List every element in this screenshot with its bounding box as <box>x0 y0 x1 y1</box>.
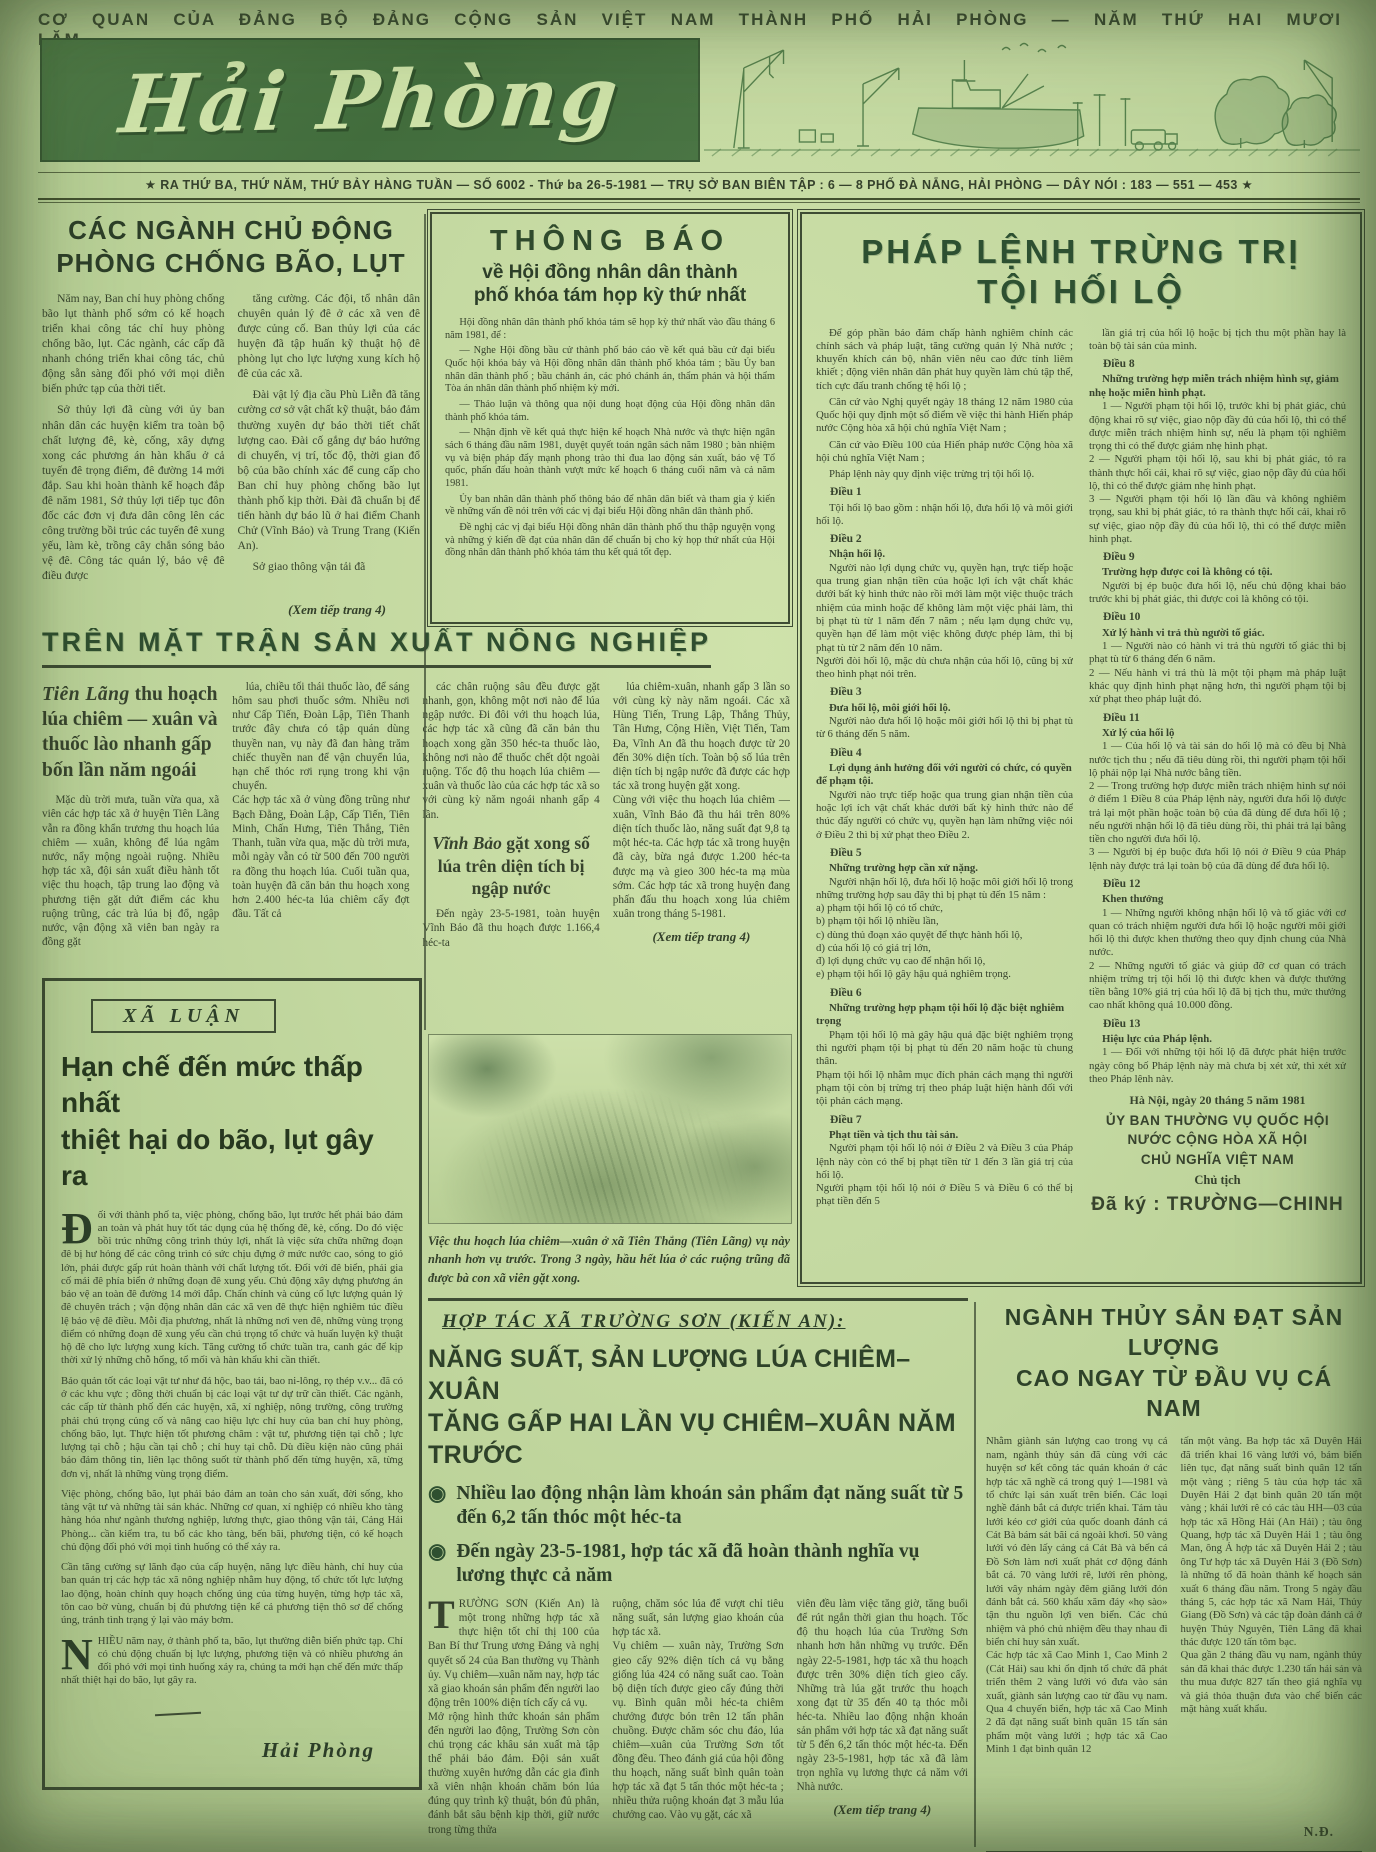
truongson-continuation-note: (Xem tiếp trang 4) <box>797 1802 968 1818</box>
harbor-illustration <box>704 38 1360 160</box>
law-article-text: Người nào đưa hối lộ hoặc môi giới hối l… <box>816 715 1073 742</box>
law-article-text: Pháp lệnh này quy định việc trừng trị tộ… <box>816 468 1073 481</box>
truongson-bullet-text: Đến ngày 23-5-1981, hợp tác xã đã hoàn t… <box>456 1540 968 1589</box>
nongnghiep-col-3: các chân ruộng sâu đều được gặt nhanh, g… <box>423 680 600 956</box>
nongnghiep-col-1: Tiên Lãng thu hoạch lúa chiêm — xuân và … <box>42 680 219 956</box>
law-article-heading: Trường hợp được coi là không có tội. <box>1089 566 1346 579</box>
thuysan-col-2: tấn một vàng. Ba hợp tác xã Duyên Hải đã… <box>1181 1435 1363 1815</box>
dateline: ★ RA THỨ BA, THỨ NĂM, THỨ BẢY HÀNG TUẦN … <box>38 175 1360 196</box>
law-article-number: Điều 7 <box>830 1112 1073 1129</box>
thuysan-col-1: Nhằm giành sản lượng cao trong vụ cá nam… <box>986 1435 1168 1815</box>
storm-continuation-note: (Xem tiếp trang 4) <box>288 602 386 618</box>
law-article-heading: Xử lý hành vi trả thù người tố giác. <box>1089 627 1346 640</box>
law-article-text: Căn cứ vào Nghị quyết ngày 18 tháng 12 n… <box>816 396 1073 436</box>
harvest-photo-caption: Việc thu hoạch lúa chiêm—xuân ở xã Tiên … <box>428 1232 790 1287</box>
phaplenh-title: PHÁP LỆNH TRỪNG TRỊTỘI HỐI LỘ <box>816 232 1346 313</box>
tienlang-text: Mặc dù trời mưa, tuần vừa qua, xã viên c… <box>42 793 219 949</box>
signature-date: Hà Nội, ngày 20 tháng 5 năm 1981 <box>1089 1091 1346 1109</box>
rosette-bullet-icon: ◉ <box>428 1482 446 1531</box>
law-article-number: Điều 8 <box>1103 356 1346 373</box>
rule <box>38 198 1360 200</box>
tienlang-text: lúa, chiều tối thái thuốc lào, để sáng h… <box>232 680 409 922</box>
article-truongson: HỢP TÁC XÃ TRƯỜNG SƠN (KIẾN AN): NĂNG SU… <box>428 1298 968 1852</box>
editorial-paragraph: Đối với thành phố ta, việc phòng, chống … <box>61 1209 403 1368</box>
thongbao-paragraph: Đề nghị các vị đại biểu Hội đồng nhân dâ… <box>445 522 775 560</box>
law-article: Điều 6 Những trường hợp phạm tội hối lộ … <box>816 985 1073 1109</box>
law-article: Điều 10 Xử lý hành vi trả thù người tố g… <box>1089 609 1346 706</box>
editorial-paragraph: Việc phòng, chống bão, lụt phải bảo đảm … <box>61 1488 403 1554</box>
masthead-logo: Hải Phòng <box>40 38 700 162</box>
phaplenh-signature-block: Hà Nội, ngày 20 tháng 5 năm 1981 ỦY BAN … <box>1089 1083 1346 1217</box>
law-article: Căn cứ vào Điều 100 của Hiến pháp nước C… <box>816 439 1073 466</box>
thongbao-paragraph: Hội đồng nhân dân thành phố khóa tám sẽ … <box>445 317 775 342</box>
law-article-text: 1 — Những người không nhận hối lộ và tố … <box>1089 907 1346 1013</box>
law-article-text: Người bị ép buộc đưa hối lộ, nếu chủ độn… <box>1089 580 1346 607</box>
rosette-bullet-icon: ◉ <box>428 1540 446 1589</box>
storm-title: CÁC NGÀNH CHỦ ĐỘNGPHÒNG CHỐNG BÃO, LỤT <box>42 214 420 279</box>
law-article: Điều 12 Khen thưởng 1 — Những người khôn… <box>1089 876 1346 1013</box>
law-article-text: lần giá trị của hối lộ hoặc bị tịch thu … <box>1089 327 1346 354</box>
law-article: Điều 13 Hiệu lực của Pháp lệnh. 1 — Đối … <box>1089 1016 1346 1083</box>
law-article: Điều 5 Những trường hợp cần xử nặng. Ngư… <box>816 845 1073 982</box>
law-article-text: Phạm tội hối lộ mà gây hậu quả đặc biệt … <box>816 1029 1073 1109</box>
law-article-number: Điều 4 <box>830 745 1073 762</box>
column-divider <box>424 214 426 1030</box>
truongson-title: NĂNG SUẤT, SẢN LƯỢNG LÚA CHIÊM–XUÂNTĂNG … <box>428 1343 968 1471</box>
law-article: Điều 2 Nhận hối lộ. Người nào lợi dụng c… <box>816 531 1073 681</box>
column-divider <box>974 1302 976 1847</box>
masthead-logo-text: Hải Phòng <box>116 56 624 145</box>
nongnghiep-section-title: TRÊN MẶT TRẬN SẢN XUẤT NÔNG NGHIỆP <box>42 628 711 668</box>
law-article-text: Tội hối lộ bao gồm : nhận hối lộ, đưa hố… <box>816 502 1073 529</box>
law-article: Điều 1 Tội hối lộ bao gồm : nhận hối lộ,… <box>816 484 1073 528</box>
signature-name: Đã ký : TRƯỜNG—CHINH <box>1089 1194 1346 1217</box>
law-article-number: Điều 10 <box>1103 609 1346 626</box>
truongson-col-1: TRƯỜNG SƠN (Kiến An) là một trong những … <box>428 1597 599 1836</box>
storm-paragraph: tăng cường. Các đội, tổ nhân dân chuyên … <box>238 291 421 381</box>
section-nongnghiep: TRÊN MẶT TRẬN SẢN XUẤT NÔNG NGHIỆP Tiên … <box>42 628 790 1030</box>
truongson-bullet: ◉ Đến ngày 23-5-1981, hợp tác xã đã hoàn… <box>428 1540 968 1589</box>
law-article: Điều 7 Phạt tiền và tịch thu tài sản. Ng… <box>816 1112 1073 1209</box>
law-article-text: Người phạm tội hối lộ nói ở Điều 2 và Đi… <box>816 1142 1073 1208</box>
rule <box>38 202 1360 203</box>
newspaper-page: CƠ QUAN CỦA ĐẢNG BỘ ĐẢNG CỘNG SẢN VIỆT N… <box>0 0 1376 1852</box>
law-article: Điều 11 Xử lý của hối lộ 1 — Của hối lộ … <box>1089 710 1346 873</box>
article-thongbao: THÔNG BÁO về Hội đồng nhân dân thànhphố … <box>430 212 790 624</box>
storm-paragraph: Sở thủy lợi đã cùng với ủy ban nhân dân … <box>42 402 225 583</box>
vinhbao-text: Đến ngày 23-5-1981, toàn huyện Vĩnh Bảo … <box>423 907 600 950</box>
article-storm-prevention: CÁC NGÀNH CHỦ ĐỘNGPHÒNG CHỐNG BÃO, LỤT N… <box>42 212 420 622</box>
signature-role: Chủ tịch <box>1089 1172 1346 1190</box>
phaplenh-col-1: Để góp phần bảo đảm chấp hành nghiêm chỉ… <box>816 327 1073 1217</box>
vinhbao-headline: Vĩnh Bảo gặt xong số lúa trên diện tích … <box>423 832 600 900</box>
vinhbao-text: lúa chiêm-xuân, nhanh gấp 3 lần so với c… <box>613 680 790 922</box>
thongbao-paragraph: — Nghe Hội đồng bầu cử thành phố báo cáo… <box>445 345 775 396</box>
law-article: Căn cứ vào Nghị quyết ngày 18 tháng 12 n… <box>816 396 1073 436</box>
storm-col-1: Năm nay, Ban chỉ huy phòng chống bão lụt… <box>42 291 225 589</box>
law-article-heading: Nhận hối lộ. <box>816 548 1073 561</box>
dateline-block: ★ RA THỨ BA, THỨ NĂM, THỨ BẢY HÀNG TUẦN … <box>38 170 1360 205</box>
thongbao-paragraph: — Thảo luận và thông qua nội dung hoạt đ… <box>445 399 775 424</box>
article-phaplenh: PHÁP LỆNH TRỪNG TRỊTỘI HỐI LỘ Để góp phầ… <box>800 212 1362 1284</box>
law-article-heading: Đưa hối lộ, môi giới hối lộ. <box>816 702 1073 715</box>
nongnghiep-continuation-note: (Xem tiếp trang 4) <box>613 929 790 945</box>
law-article-number: Điều 6 <box>830 985 1073 1002</box>
law-article: Pháp lệnh này quy định việc trừng trị tộ… <box>816 468 1073 481</box>
thongbao-paragraph: Ủy ban nhân dân thành phố thông báo để n… <box>445 494 775 519</box>
law-article-text: 1 — Người nào có hành vi trả thù người t… <box>1089 640 1346 706</box>
rule <box>38 172 1360 173</box>
thongbao-subtitle: về Hội đồng nhân dân thànhphố khóa tám h… <box>445 262 775 308</box>
storm-paragraph: Đài vật lý địa cầu Phù Liễn đã tăng cườn… <box>238 387 421 553</box>
law-article-number: Điều 9 <box>1103 549 1346 566</box>
thongbao-paragraph: — Nhận định về kết quả thực hiện kế hoạc… <box>445 427 775 490</box>
truongson-col-2: ruộng, chăm sóc lúa để vượt chỉ tiêu năn… <box>612 1597 783 1836</box>
truongson-bullets: ◉ Nhiều lao động nhận làm khoán sản phẩm… <box>428 1482 968 1589</box>
signature-org: ỦY BAN THƯỜNG VỤ QUỐC HỘI NƯỚC CỘNG HÒA … <box>1089 1111 1346 1170</box>
storm-paragraph: Năm nay, Ban chỉ huy phòng chống bão lụt… <box>42 291 225 396</box>
law-article-text: 1 — Của hối lộ và tài sản do hối lộ mà c… <box>1089 740 1346 873</box>
law-article-text: Để góp phần bảo đảm chấp hành nghiêm chỉ… <box>816 327 1073 393</box>
law-article-text: Người nào trực tiếp hoặc qua trung gian … <box>816 789 1073 842</box>
editorial-body: Đối với thành phố ta, việc phòng, chống … <box>61 1209 403 1779</box>
tienlang-headline: Tiên Lãng thu hoạch lúa chiêm — xuân và … <box>42 682 219 783</box>
law-article-number: Điều 11 <box>1103 710 1346 727</box>
editorial-paragraph: Cần tăng cường sự lãnh đạo của cấp huyện… <box>61 1561 403 1627</box>
editorial-title: Hạn chế đến mức thấp nhấtthiệt hại do bã… <box>61 1049 403 1195</box>
law-article-text: Người nào lợi dụng chức vụ, quyền hạn, t… <box>816 562 1073 681</box>
law-article: Điều 4 Lợi dụng ảnh hưởng đối với người … <box>816 745 1073 842</box>
masthead: Hải Phòng <box>40 38 1360 160</box>
law-article-heading: Những trường hợp cần xử nặng. <box>816 862 1073 875</box>
thongbao-kicker: THÔNG BÁO <box>445 226 775 256</box>
law-article-number: Điều 13 <box>1103 1016 1346 1033</box>
law-article-number: Điều 12 <box>1103 876 1346 893</box>
law-article: Điều 8 Những trường hợp miễn trách nhiệm… <box>1089 356 1346 546</box>
truongson-bullet-text: Nhiều lao động nhận làm khoán sản phẩm đ… <box>456 1482 968 1531</box>
law-article-heading: Khen thưởng <box>1089 893 1346 906</box>
truongson-bullet: ◉ Nhiều lao động nhận làm khoán sản phẩm… <box>428 1482 968 1531</box>
law-article: Để góp phần bảo đảm chấp hành nghiêm chỉ… <box>816 327 1073 393</box>
law-article-text: Căn cứ vào Điều 100 của Hiến pháp nước C… <box>816 439 1073 466</box>
harvest-photo <box>428 1034 792 1224</box>
law-article: lần giá trị của hối lộ hoặc bị tịch thu … <box>1089 327 1346 354</box>
phaplenh-col-2: lần giá trị của hối lộ hoặc bị tịch thu … <box>1089 327 1346 1217</box>
thuysan-byline: N.Đ. <box>986 1823 1362 1841</box>
nongnghiep-col-4: lúa chiêm-xuân, nhanh gấp 3 lần so với c… <box>613 680 790 956</box>
law-article: Điều 9 Trường hợp được coi là không có t… <box>1089 549 1346 606</box>
law-article: Điều 3 Đưa hối lộ, môi giới hối lộ. Ngườ… <box>816 684 1073 741</box>
law-article-heading: Xử lý của hối lộ <box>1089 727 1346 740</box>
storm-col-2: tăng cường. Các đội, tổ nhân dân chuyên … <box>238 291 421 589</box>
nongnghiep-col-2: lúa, chiều tối thái thuốc lào, để sáng h… <box>232 680 409 956</box>
law-article-heading: Lợi dụng ảnh hưởng đối với người có chức… <box>816 762 1073 789</box>
law-article-number: Điều 5 <box>830 845 1073 862</box>
thongbao-body: Hội đồng nhân dân thành phố khóa tám sẽ … <box>445 317 775 560</box>
law-article-heading: Những trường hợp miễn trách nhiệm hình s… <box>1089 373 1346 400</box>
law-article-number: Điều 1 <box>830 484 1073 501</box>
editorial-signature: Hải Phòng <box>262 1740 375 1761</box>
law-article-heading: Phạt tiền và tịch thu tài sản. <box>816 1129 1073 1142</box>
editorial-paragraph: Bảo quản tốt các loại vật tư như đá hộc,… <box>61 1375 403 1481</box>
editorial-label: XÃ LUẬN <box>91 999 276 1033</box>
truongson-col-3: viên đều làm việc tăng giờ, tăng buổi để… <box>797 1597 968 1836</box>
law-article-heading: Những trường hợp phạm tội hối lộ đặc biệ… <box>816 1002 1073 1029</box>
storm-paragraph: Sở giao thông vận tải đã <box>238 559 421 574</box>
article-thuysan: NGÀNH THỦY SẢN ĐẠT SẢN LƯỢNGCAO NGAY TỪ … <box>986 1298 1362 1852</box>
law-article-number: Điều 3 <box>830 684 1073 701</box>
tienlang-text: các chân ruộng sâu đều được gặt nhanh, g… <box>423 680 600 822</box>
law-article-text: 1 — Người phạm tội hối lộ, trước khi bị … <box>1089 400 1346 546</box>
law-article-text: Người nhận hối lộ, đưa hối lộ hoặc môi g… <box>816 876 1073 982</box>
law-article-text: 1 — Đối với những tội hối lộ đã được phá… <box>1089 1046 1346 1082</box>
law-article-number: Điều 2 <box>830 531 1073 548</box>
thuysan-title: NGÀNH THỦY SẢN ĐẠT SẢN LƯỢNGCAO NGAY TỪ … <box>986 1302 1362 1423</box>
editorial-paragraph: NHIỀU năm nay, ở thành phố ta, bão, lụt … <box>61 1635 403 1688</box>
article-editorial: XÃ LUẬN Hạn chế đến mức thấp nhấtthiệt h… <box>42 978 422 1790</box>
truongson-kicker: HỢP TÁC XÃ TRƯỜNG SƠN (KIẾN AN): <box>442 1310 968 1334</box>
law-article-heading: Hiệu lực của Pháp lệnh. <box>1089 1033 1346 1046</box>
